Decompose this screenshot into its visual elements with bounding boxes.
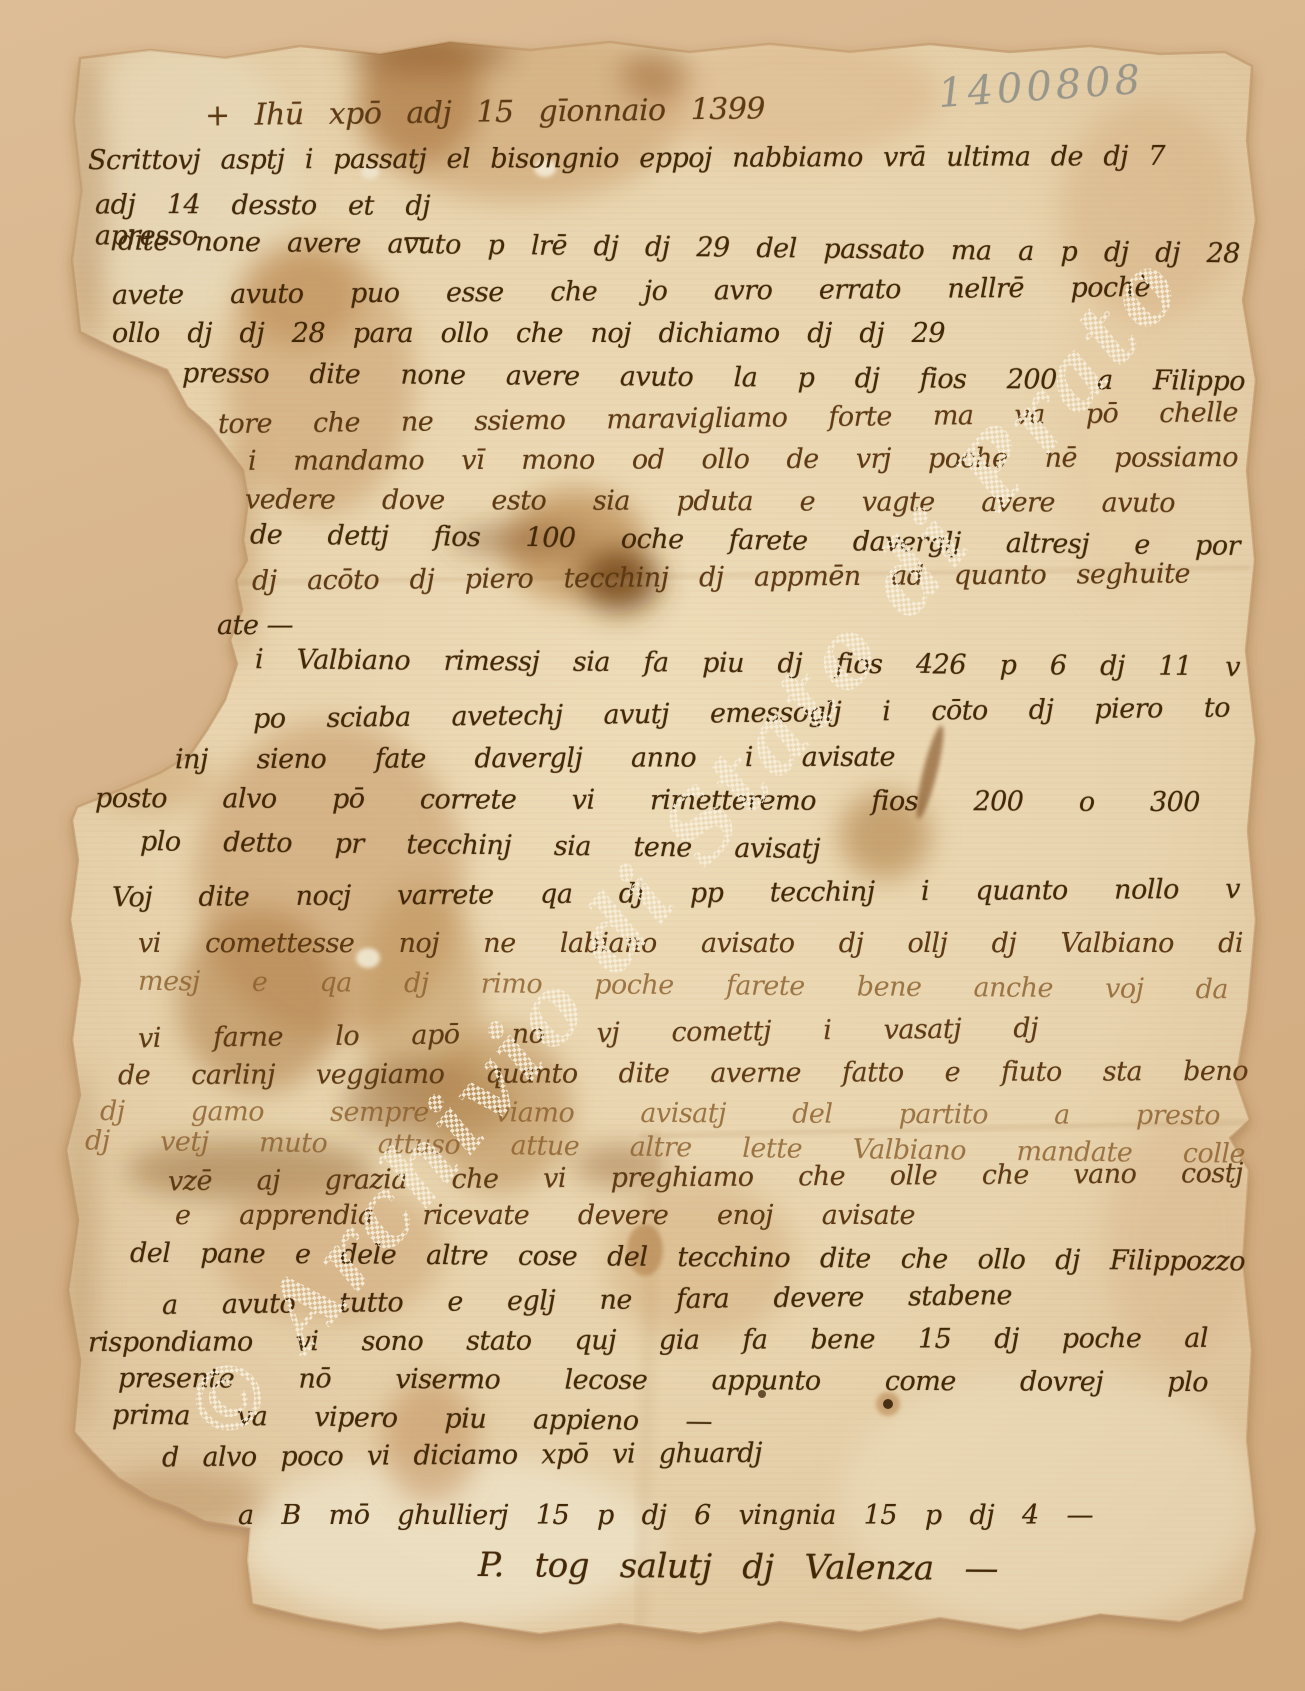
- manuscript-line: tore che ne ssiemo maravigliamo forte ma…: [218, 397, 1238, 440]
- manuscript-line: a B mō ghullierj 15 p dj 6 vingnia 15 p …: [238, 1500, 1093, 1531]
- manuscript-line: ollo dj dj 28 para ollo che noj dichiamo…: [112, 318, 945, 349]
- manuscript-line: e apprendia ricevate devere enoj avisate: [175, 1200, 915, 1231]
- manuscript-line: vi farne lo apō no vj comettj i vasatj d…: [138, 1013, 1038, 1054]
- manuscript-line: presente nō visermo lecose appunto come …: [118, 1363, 1208, 1398]
- manuscript-line: avete avuto puo esse che jo avro errato …: [112, 272, 1150, 311]
- manuscript-line: ate —: [217, 610, 293, 641]
- manuscript-line: rispondiamo vi sono stato quj gia fa ben…: [88, 1323, 1208, 1358]
- manuscript-line: dj gamo sempre viamo avisatj del partito…: [100, 1096, 1220, 1131]
- manuscript-scan: + Ihū xpō adj 15 gīonnaio 1399Scrittovj …: [0, 0, 1305, 1691]
- manuscript-line: Scrittovj asptj i passatj el bisongnio e…: [88, 141, 1165, 176]
- manuscript-line: vedere dove esto sia pduta e vagte avere…: [245, 484, 1175, 519]
- manuscript-line: dite none avere avuto p lrē dj dj 29 del…: [118, 226, 1240, 270]
- manuscript-line: prima va vipero piu appieno —: [112, 1400, 712, 1438]
- manuscript-line: Voj dite nocj varrete qa dj pp tecchinj …: [112, 874, 1240, 914]
- manuscript-line: i Valbiano rimessj sia fa piu dj fios 42…: [255, 644, 1240, 683]
- manuscript-line: posto alvo pō correte vi rimetteremo fio…: [95, 783, 1200, 818]
- manuscript-line: P. tog salutj dj Valenza —: [478, 1546, 998, 1589]
- manuscript-line: d alvo poco vi diciamo xpō vi ghuardj: [162, 1438, 762, 1474]
- manuscript-line: mesj e qa dj rimo poche farete bene anch…: [138, 966, 1228, 1005]
- manuscript-line: a avuto tutto e eglj ne fara devere stab…: [162, 1280, 1012, 1321]
- manuscript-line: po sciaba avetechj avutj emessoglj i cōt…: [253, 692, 1230, 734]
- manuscript-line: plo detto pr tecchinj sia tene avisatj: [140, 826, 820, 865]
- manuscript-line: i mandamo vī mono od ollo de vrj poche n…: [248, 442, 1238, 477]
- manuscript-line: presso dite none avere avuto la p dj fio…: [182, 358, 1245, 397]
- manuscript-line: vi comettesse noj ne labiano avisato dj …: [138, 928, 1243, 959]
- manuscript-text-layer: + Ihū xpō adj 15 gīonnaio 1399Scrittovj …: [0, 0, 1305, 1691]
- manuscript-line: + Ihū xpō adj 15 gīonnaio 1399: [205, 93, 765, 134]
- manuscript-line: del pane e dele altre cose del tecchino …: [130, 1238, 1245, 1278]
- manuscript-line: de carlinj veggiamo quanto dite averne f…: [118, 1056, 1248, 1091]
- manuscript-line: dj acōto dj piero tecchinj dj appmēn ad …: [252, 558, 1190, 596]
- manuscript-line: de dettj fios 100 oche farete daverglj a…: [250, 519, 1240, 561]
- manuscript-line: vzē aj grazia che vi preghiamo che olle …: [168, 1158, 1243, 1197]
- manuscript-line: inj sieno fate daverglj anno i avisate: [175, 742, 895, 776]
